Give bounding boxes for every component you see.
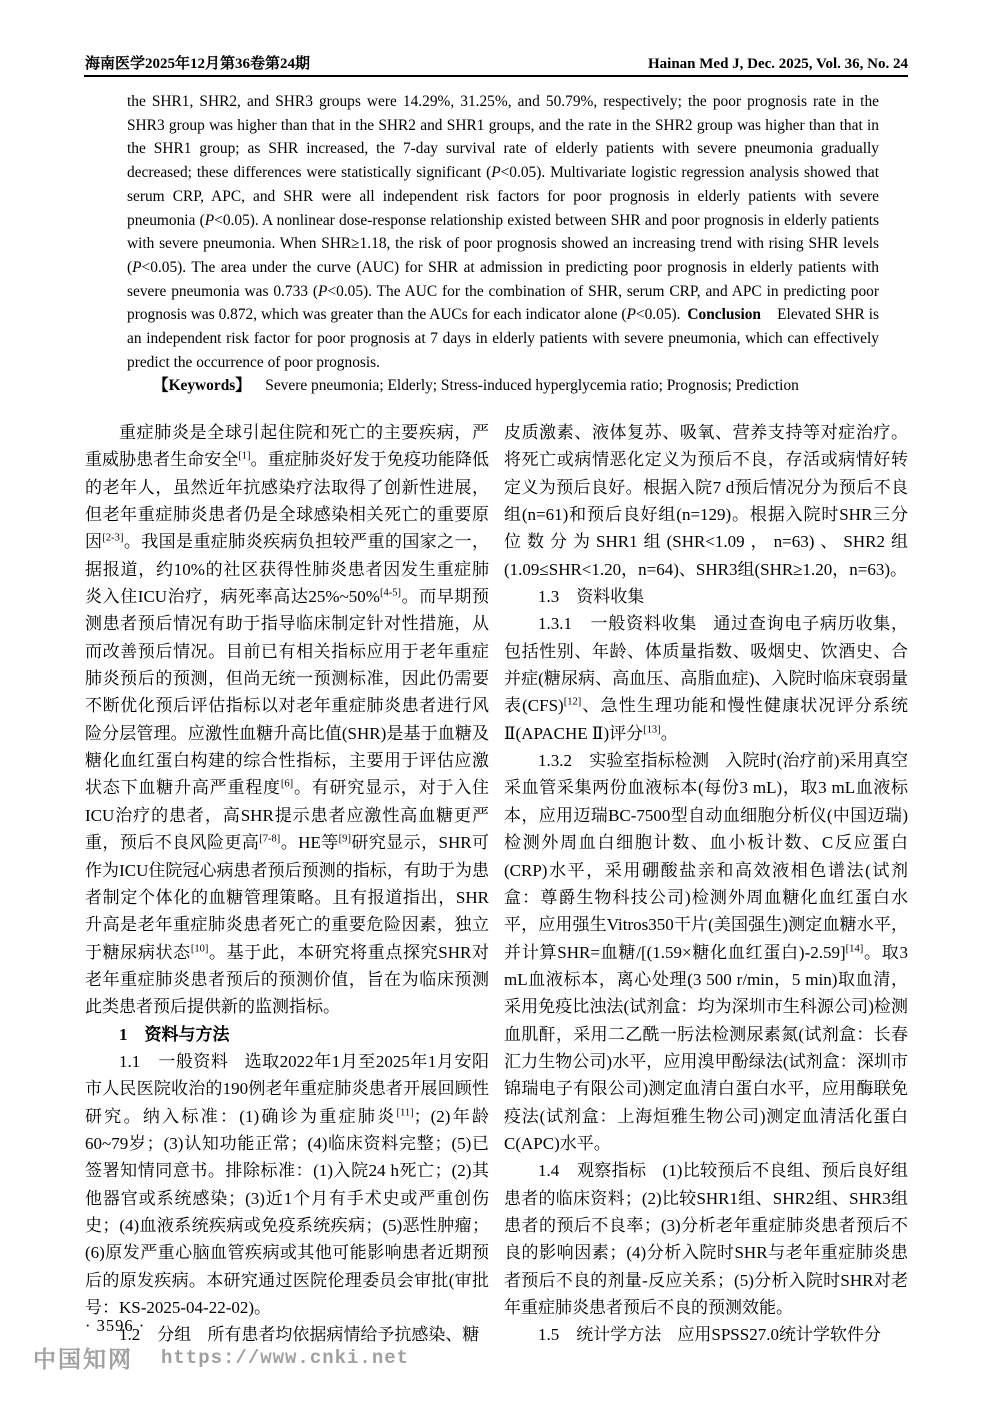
keywords-label: 【Keywords】 <box>153 377 250 394</box>
conclusion-label: Conclusion <box>687 306 761 323</box>
journal-title-en: Hainan Med J, Dec. 2025, Vol. 36, No. 24 <box>648 56 908 73</box>
abstract-paragraph: the SHR1, SHR2, and SHR3 groups were 14.… <box>127 90 879 374</box>
page-number: · 3596 · <box>85 1316 145 1336</box>
paragraph-label: 1.1 一般资料 <box>119 1052 228 1071</box>
journal-page: 海南医学2025年12月第36卷第24期 Hainan Med J, Dec. … <box>0 0 992 1403</box>
paragraph-label: 1.3 资料收集 <box>538 587 644 606</box>
body-column-left: 重症肺炎是全球引起住院和死亡的主要疾病，严重威胁患者生命安全[1]。重症肺炎好发… <box>85 419 489 1349</box>
body-column-right: 皮质激素、液体复苏、吸氧、营养支持等对症治疗。将死亡或病情恶化定义为预后不良，存… <box>504 419 908 1349</box>
page-header: 海南医学2025年12月第36卷第24期 Hainan Med J, Dec. … <box>85 52 908 73</box>
body-paragraph: 重症肺炎是全球引起住院和死亡的主要疾病，严重威胁患者生命安全[1]。重症肺炎好发… <box>85 419 489 1021</box>
cnki-watermark: 中国知网 https://www.cnki.net <box>33 1341 409 1374</box>
section-heading: 1 资料与方法 <box>85 1021 489 1048</box>
abstract-block: the SHR1, SHR2, and SHR3 groups were 14.… <box>127 90 879 398</box>
cnki-logo-text: 中国知网 <box>33 1341 133 1374</box>
paragraph-label: 1.4 观察指标 <box>538 1161 646 1180</box>
keywords-text: Severe pneumonia; Elderly; Stress-induce… <box>265 377 799 394</box>
body-paragraph: 1.3 资料收集 <box>504 583 908 610</box>
paragraph-label: 1.5 统计学方法 <box>538 1325 661 1344</box>
body-paragraph: 皮质激素、液体复苏、吸氧、营养支持等对症治疗。将死亡或病情恶化定义为预后不良，存… <box>504 419 908 583</box>
body-paragraph: 1.3.1 一般资料收集通过查询电子病历收集，包括性别、年龄、体质量指数、吸烟史… <box>504 610 908 747</box>
journal-title-cn: 海南医学2025年12月第36卷第24期 <box>85 52 310 73</box>
body-paragraph: 1.1 一般资料选取2022年1月至2025年1月安阳市人民医院收治的190例老… <box>85 1048 489 1321</box>
abstract-body-text: the SHR1, SHR2, and SHR3 groups were 14.… <box>127 93 879 323</box>
body-paragraph: 1.3.2 实验室指标检测入院时(治疗前)采用真空采血管采集两份血液标本(每份3… <box>504 747 908 1157</box>
cnki-url: https://www.cnki.net <box>161 1347 409 1369</box>
body-paragraph: 1.5 统计学方法应用SPSS27.0统计学软件分 <box>504 1321 908 1348</box>
paragraph-label: 1.3.2 实验室指标检测 <box>538 751 709 770</box>
keywords-line: 【Keywords】Severe pneumonia; Elderly; Str… <box>127 374 879 398</box>
body-paragraph: 1.4 观察指标(1)比较预后不良组、预后良好组患者的临床资料；(2)比较SHR… <box>504 1157 908 1321</box>
paragraph-label: 1.3.1 一般资料收集 <box>538 614 697 633</box>
header-rule <box>84 75 908 77</box>
